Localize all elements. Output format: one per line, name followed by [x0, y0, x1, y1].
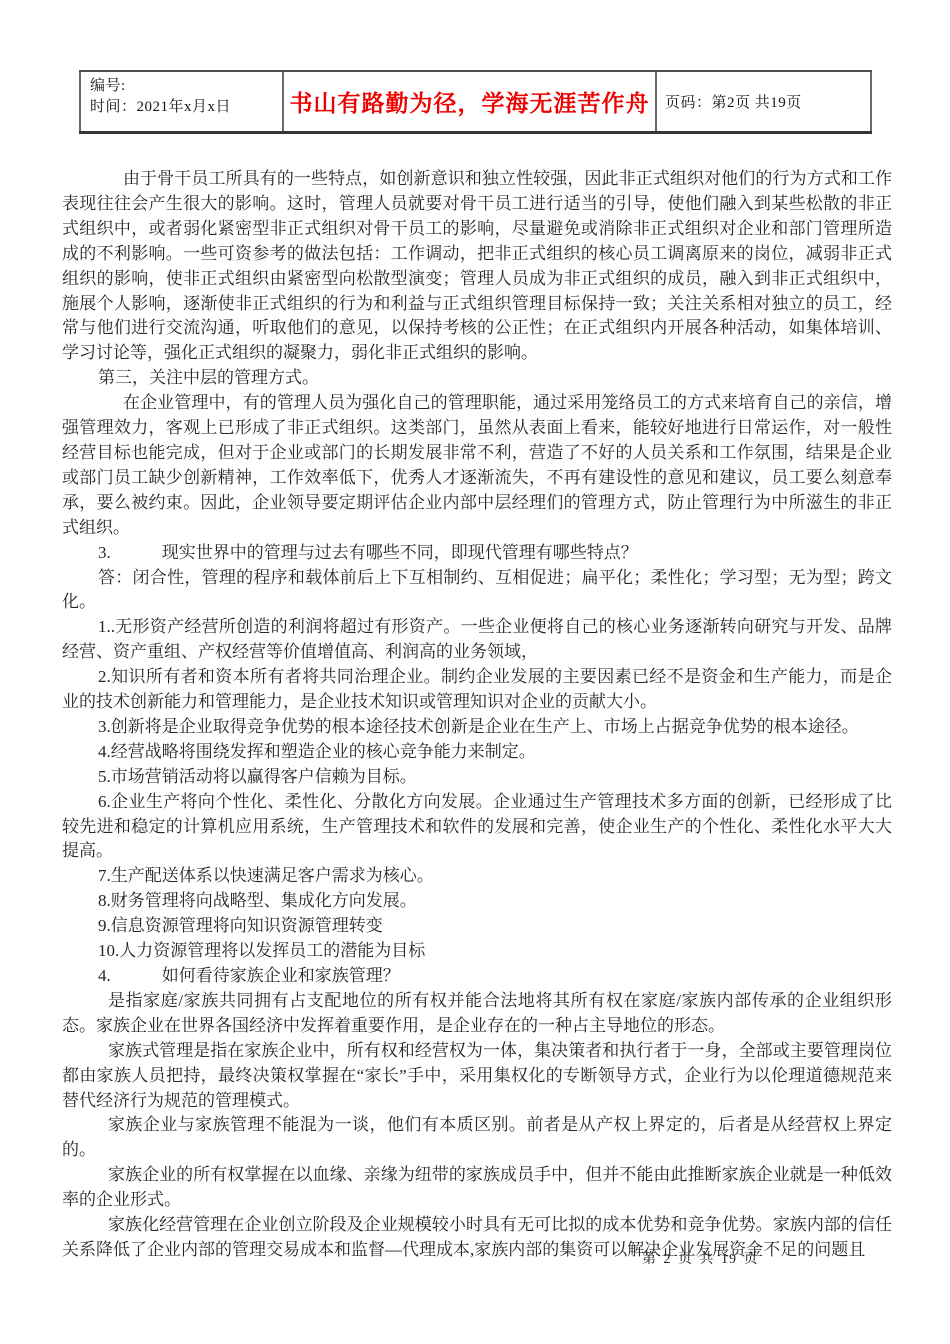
header-table: 编号: 时间：2021年x月x日 书山有路勤为径，学海无涯苦作舟 页码：第2页 … — [79, 70, 872, 134]
paragraph-middle-management: 在企业管理中，有的管理人员为强化自己的管理职能，通过采用笼络员工的方式来培育自己… — [62, 391, 892, 540]
answer-4-family-management: 家族式管理是指在家族企业中，所有权和经营权为一体，集决策者和执行者于一身，全部或… — [62, 1039, 892, 1114]
document-body: 由于骨干员工所具有的一些特点，如创新意识和独立性较强，因此非正式组织对他们的行为… — [62, 167, 892, 1263]
list-item-5: 5.市场营销活动将以赢得客户信赖为目标。 — [62, 765, 892, 790]
list-item-10: 10.人力资源管理将以发挥员工的潜能为目标 — [62, 939, 892, 964]
list-item-1: 1..无形资产经营所创造的利润将超过有形资产。一些企业便将自己的核心业务逐渐转向… — [62, 615, 892, 665]
list-item-7: 7.生产配送体系以快速满足客户需求为核心。 — [62, 864, 892, 889]
paragraph-third-point-heading: 第三，关注中层的管理方式。 — [62, 366, 892, 391]
question-3: 3. 现实世界中的管理与过去有哪些不同，即现代管理有哪些特点？ — [62, 541, 892, 566]
list-item-4: 4.经营战略将围绕发挥和塑造企业的核心竞争能力来制定。 — [62, 740, 892, 765]
list-item-8: 8.财务管理将向战略型、集成化方向发展。 — [62, 889, 892, 914]
document-page: 编号: 时间：2021年x月x日 书山有路勤为径，学海无涯苦作舟 页码：第2页 … — [0, 0, 950, 1344]
list-item-3: 3.创新将是企业取得竞争优势的根本途径技术创新是企业在生产上、市场上占据竞争优势… — [62, 715, 892, 740]
doc-number-label: 编号: — [90, 76, 276, 97]
question-4: 4. 如何看待家族企业和家族管理？ — [62, 964, 892, 989]
header-cell-meta: 编号: 时间：2021年x月x日 — [79, 72, 282, 131]
answer-4-advantages: 家族化经营管理在企业创立阶段及企业规模较小时具有无可比拟的成本优势和竞争优势。家… — [62, 1213, 892, 1263]
header-cell-page: 页码：第2页 共19页 — [655, 72, 872, 131]
list-item-9: 9.信息资源管理将向知识资源管理转变 — [62, 914, 892, 939]
doc-date-label: 时间：2021年x月x日 — [90, 97, 276, 118]
page-footer: 第 2 页 共 19 页 — [642, 1248, 759, 1268]
answer-4-distinction: 家族企业与家族管理不能混为一谈，他们有本质区别。前者是从产权上界定的，后者是从经… — [62, 1113, 892, 1163]
answer-4-definition: 是指家庭/家族共同拥有占支配地位的所有权并能合法地将其所有权在家庭/家族内部传承… — [62, 989, 892, 1039]
answer-3-intro: 答：闭合性，管理的程序和载体前后上下互相制约、互相促进；扁平化；柔性化；学习型；… — [62, 566, 892, 616]
page-number-label: 页码：第2页 共19页 — [665, 91, 802, 112]
list-item-6: 6.企业生产将向个性化、柔性化、分散化方向发展。企业通过生产管理技术多方面的创新… — [62, 790, 892, 865]
answer-4-ownership: 家族企业的所有权掌握在以血缘、亲缘为纽带的家族成员手中，但并不能由此推断家族企业… — [62, 1163, 892, 1213]
motto-text: 书山有路勤为径，学海无涯苦作舟 — [290, 85, 650, 118]
list-item-2: 2.知识所有者和资本所有者将共同治理企业。制约企业发展的主要因素已经不是资金和生… — [62, 665, 892, 715]
paragraph-informal-org-guidance: 由于骨干员工所具有的一些特点，如创新意识和独立性较强，因此非正式组织对他们的行为… — [62, 167, 892, 366]
header-cell-motto: 书山有路勤为径，学海无涯苦作舟 — [282, 72, 655, 131]
